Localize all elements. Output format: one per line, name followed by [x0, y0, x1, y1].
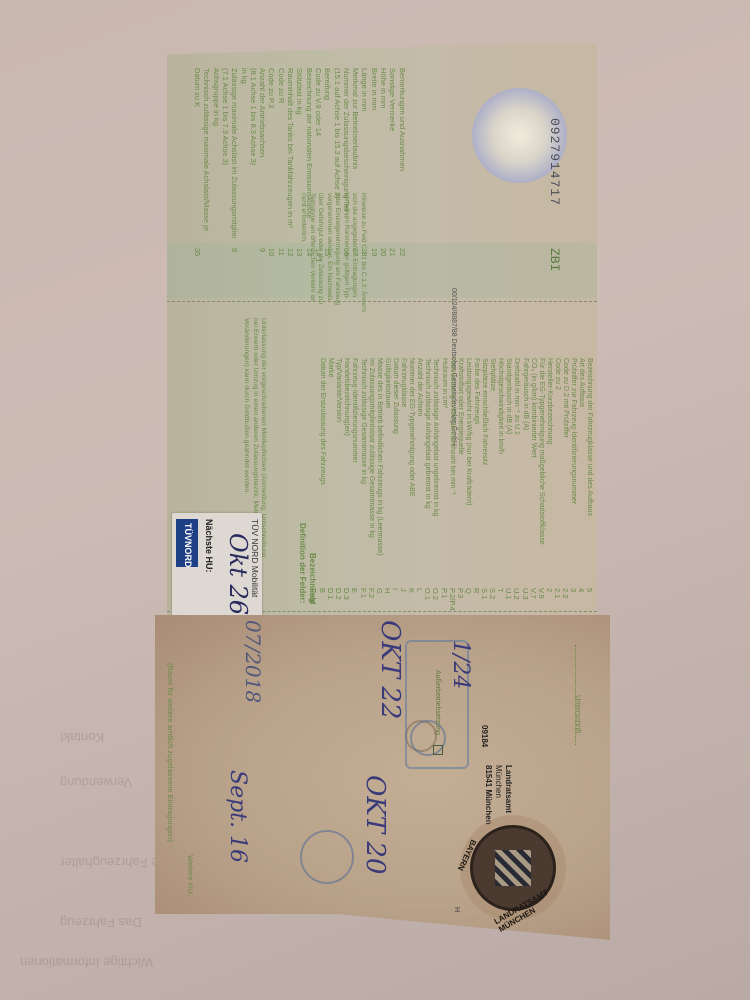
field-label: Code zu P.3	[267, 68, 276, 238]
serial-number: 0927914717	[547, 118, 562, 206]
field-code: 20	[379, 248, 388, 256]
field-code: 11	[276, 248, 285, 256]
field-label: Achsgruppe in kg	[211, 68, 220, 238]
background-text: Wichtige Informationen	[20, 955, 153, 970]
handwritten-entry: OKT 20	[360, 775, 390, 874]
field-label: Sonstige Vermerke	[388, 68, 397, 238]
field-label: Datum zu K	[193, 68, 202, 238]
checkbox	[433, 745, 443, 755]
field-label: Breite in mm	[369, 68, 378, 238]
fold-line	[167, 301, 597, 302]
authority-city: München	[494, 765, 503, 798]
field-label: Zulässige maximale Achslast im Zulassung…	[230, 68, 239, 238]
tuv-sticker: TÜVNORD Nächste HU: Okt 26 TÜV NORD Mobi…	[172, 513, 262, 618]
field-label: Rauminhalt des Tanks bei Tankfahrzeugen …	[286, 68, 295, 238]
field-label: Höhe in mm	[379, 68, 388, 238]
upper-panel: 35Datum zu KTechnisch zulässige maximale…	[167, 43, 597, 623]
next-hu-label: Nächste HU:	[204, 519, 214, 573]
background-text: Das Fahrzeug	[60, 915, 142, 930]
series-prefix: ZBI	[547, 248, 562, 271]
definition-label: Bezeichnung der Fahrzeugklasse und des A…	[585, 358, 594, 516]
signature-line	[575, 645, 576, 745]
handwritten-entry: 07/2018	[241, 620, 265, 703]
background-text: Die Fahrzeughalter	[60, 855, 171, 870]
field-label: in kg	[239, 68, 248, 238]
official-seal: BAYERN LANDRATSAMT MÜNCHEN	[470, 825, 556, 911]
tuv-stamp	[300, 830, 354, 884]
tuv-brand-block: TÜVNORD	[176, 519, 198, 567]
field-label: (7.1 Achse 1 bis 7.3 Achse 3)	[220, 68, 229, 238]
definition-code: 5	[585, 588, 594, 592]
field-marker: H	[453, 907, 460, 912]
tuv-footer: TÜV NORD Mobilität	[250, 519, 260, 597]
authority-code: 09184	[480, 725, 489, 747]
bavarian-lozenge-icon	[495, 850, 531, 886]
handwritten-entry: Sept. 16	[225, 770, 250, 863]
field-code: 12	[286, 248, 295, 256]
definition-col-label: Bezeichnung	[308, 553, 317, 603]
background-text: Kontakt	[60, 730, 104, 745]
definition-heading: Definition der Felder:	[298, 523, 307, 603]
next-hu-date: Okt 26	[224, 533, 252, 615]
handwritten-entry: OKT 22	[375, 620, 405, 719]
tuv-brand: TÜVNORD	[183, 523, 193, 568]
stamp-handwritten: 1/24	[448, 640, 473, 689]
background-text: Verwendung	[60, 775, 132, 790]
field-label: Bemerkungen und Ausnahmen	[397, 68, 406, 238]
field-label: Code zu R	[276, 68, 285, 238]
note-text: Hinweise zu Feld C.1.1 bis C.1.3: Ändern…	[299, 193, 367, 313]
field-code: 19	[369, 248, 378, 256]
checkbox-label: Außerbetriebsetzung	[434, 670, 441, 735]
section-label: Weitere HU:	[186, 855, 195, 896]
field-code: 22	[397, 248, 406, 256]
registration-certificate: 35Datum zu KTechnisch zulässige maximale…	[155, 35, 610, 945]
header-note: (Raum für weitere amtlich zugelassene Ei…	[166, 663, 175, 842]
field-label: (8.1 Achse 1 bis 8.3 Achse 3)	[248, 68, 257, 238]
authority-name: Landratsamt	[504, 765, 513, 813]
authority-postal: 81541 München	[484, 765, 493, 825]
field-label: Technisch zulässige maximale Achslast/Ma…	[202, 68, 211, 238]
field-code: 10	[267, 248, 276, 256]
field-code: 8	[230, 248, 239, 252]
field-code: 21	[388, 248, 397, 256]
field-code: 35	[193, 248, 202, 256]
